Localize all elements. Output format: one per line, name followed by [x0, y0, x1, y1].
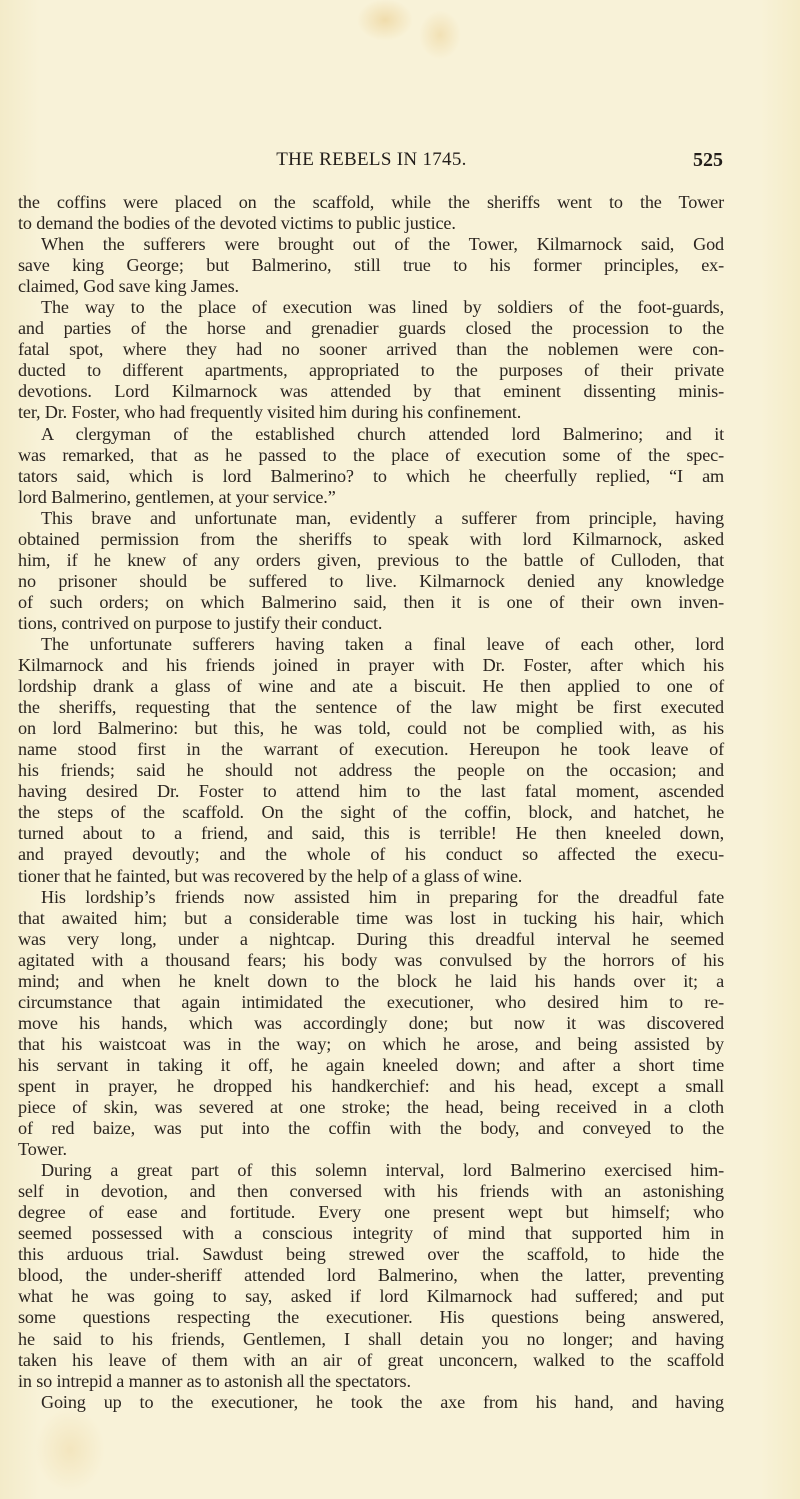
text-line: circumstance that again intimidated the …	[18, 992, 724, 1013]
text-line: his servant in taking it off, he again k…	[18, 1055, 724, 1076]
text-line: ter, Dr. Foster, who had frequently visi…	[18, 402, 724, 423]
paragraph-first-line: When the sufferers were brought out of t…	[18, 234, 724, 255]
paragraph-first-line: During a great part of this solemn inter…	[18, 1160, 724, 1181]
text-line: Kilmarnock and his friends joined in pra…	[18, 655, 724, 676]
text-line: and parties of the horse and grenadier g…	[18, 318, 724, 339]
text-line: the sheriffs, requesting that the senten…	[18, 697, 724, 718]
text-line: in so intrepid a manner as to astonish a…	[18, 1371, 724, 1392]
text-line: fatal spot, where they had no sooner arr…	[18, 339, 724, 360]
text-line: tioner that he fainted, but was recovere…	[18, 866, 724, 887]
text-line: of such orders; on which Balmerino said,…	[18, 592, 724, 613]
text-line: some questions respecting the executione…	[18, 1307, 724, 1328]
text-line: taken his leave of them with an air of g…	[18, 1350, 724, 1371]
book-page: THE REBELS IN 1745. 525 the coffins were…	[0, 0, 800, 1499]
text-line: that his waistcoat was in the way; on wh…	[18, 1034, 724, 1055]
text-line: name stood first in the warrant of execu…	[18, 739, 724, 760]
text-line: lord Balmerino, gentlemen, at your servi…	[18, 487, 724, 508]
running-title: THE REBELS IN 1745.	[20, 149, 723, 171]
text-line: degree of ease and fortitude. Every one …	[18, 1202, 724, 1223]
text-line: devotions. Lord Kilmarnock was attended …	[18, 381, 724, 402]
text-line: Tower.	[18, 1139, 724, 1160]
text-line: obtained permission from the sheriffs to…	[18, 529, 724, 550]
text-line: agitated with a thousand fears; his body…	[18, 950, 724, 971]
paragraph-first-line: The way to the place of execution was li…	[18, 297, 724, 318]
text-line: to demand the bodies of the devoted vict…	[18, 213, 724, 234]
text-line: and prayed devoutly; and the whole of hi…	[18, 844, 724, 865]
text-line: having desired Dr. Foster to attend him …	[18, 781, 724, 802]
text-line: his friends; said he should not address …	[18, 760, 724, 781]
text-line: was very long, under a nightcap. During …	[18, 929, 724, 950]
paragraph-first-line: The unfortunate sufferers having taken a…	[18, 634, 724, 655]
page-number: 525	[693, 149, 723, 172]
text-line: blood, the under-sheriff attended lord B…	[18, 1265, 724, 1286]
text-line: spent in prayer, he dropped his handkerc…	[18, 1076, 724, 1097]
text-line: tators said, which is lord Balmerino? to…	[18, 466, 724, 487]
text-line: of red baize, was put into the coffin wi…	[18, 1118, 724, 1139]
paragraph-first-line: Going up to the executioner, he took the…	[18, 1392, 724, 1413]
text-line: claimed, God save king James.	[18, 276, 724, 297]
text-line: the coffins were placed on the scaffold,…	[18, 192, 724, 213]
text-line: ducted to different apartments, appropri…	[18, 360, 724, 381]
text-line: he said to his friends, Gentlemen, I sha…	[18, 1329, 724, 1350]
running-head: THE REBELS IN 1745. 525	[20, 149, 723, 173]
text-line: was remarked, that as he passed to the p…	[18, 445, 724, 466]
text-line: mind; and when he knelt down to the bloc…	[18, 971, 724, 992]
text-line: save king George; but Balmerino, still t…	[18, 255, 724, 276]
text-line: that awaited him; but a considerable tim…	[18, 908, 724, 929]
paragraph-first-line: A clergyman of the established church at…	[18, 424, 724, 445]
text-line: him, if he knew of any orders given, pre…	[18, 550, 724, 571]
text-line: lordship drank a glass of wine and ate a…	[18, 676, 724, 697]
body-text: the coffins were placed on the scaffold,…	[18, 192, 724, 1413]
text-line: what he was going to say, asked if lord …	[18, 1286, 724, 1307]
paragraph-first-line: This brave and unfortunate man, evidentl…	[18, 508, 724, 529]
text-line: self in devotion, and then conversed wit…	[18, 1181, 724, 1202]
text-line: move his hands, which was accordingly do…	[18, 1013, 724, 1034]
text-line: the steps of the scaffold. On the sight …	[18, 802, 724, 823]
text-line: turned about to a friend, and said, this…	[18, 823, 724, 844]
paragraph-first-line: His lordship’s friends now assisted him …	[18, 887, 724, 908]
text-line: piece of skin, was severed at one stroke…	[18, 1097, 724, 1118]
text-line: no prisoner should be suffered to live. …	[18, 571, 724, 592]
text-line: on lord Balmerino: but this, he was told…	[18, 718, 724, 739]
text-line: seemed possessed with a conscious integr…	[18, 1223, 724, 1244]
text-line: tions, contrived on purpose to justify t…	[18, 613, 724, 634]
text-line: this arduous trial. Sawdust being strewe…	[18, 1244, 724, 1265]
